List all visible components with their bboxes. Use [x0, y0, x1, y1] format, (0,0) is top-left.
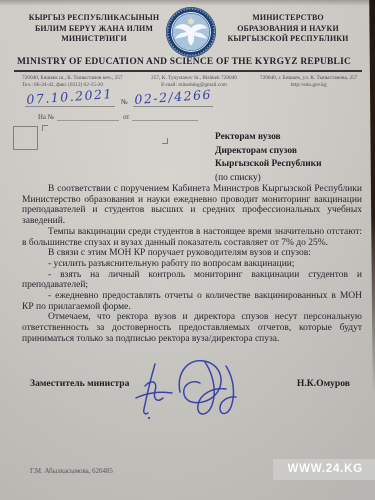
letter-body: В соответствии с поручением Кабинета Мин…: [22, 184, 362, 345]
signer-name: Н.К.Омуров: [297, 378, 350, 389]
letterhead-rule: [14, 70, 362, 72]
letterhead-russian-line: МИНИСТЕРСТВО: [212, 13, 364, 24]
reply-from-label: от: [123, 114, 129, 121]
contact-line: 720040, Бишкек ш., К. Тыныстанов көч., 2…: [22, 75, 137, 82]
registration-line: 07.10.2021 № 02-2/4266: [25, 90, 213, 107]
letterhead-kyrgyz: КЫРГЫЗ РЕСПУБЛИКАСЫНЫН БИЛИМ БЕРҮҮ ЖАНА …: [20, 13, 168, 45]
handwritten-signature-ink-icon: [128, 346, 278, 428]
document-photo: КЫРГЫЗ РЕСПУБЛИКАСЫНЫН БИЛИМ БЕРҮҮ ЖАНА …: [0, 0, 375, 500]
contact-line: 720040, г. Бишкек, ул. К. Тыныстанова, 2…: [251, 75, 366, 82]
executor-reference: Г.М. Абылкасымова, 620485: [30, 468, 113, 475]
handwritten-date: 07.10.2021: [26, 86, 113, 107]
letterhead-russian-line: КЫРГЫЗСКОЙ РЕСПУБЛИКИ: [212, 34, 364, 45]
letterhead-russian: МИНИСТЕРСТВО ОБРАЗОВАНИЯ И НАУКИ КЫРГЫЗС…: [212, 13, 364, 45]
contacts-russian: 720040, г. Бишкек, ул. К. Тыныстанова, 2…: [251, 75, 366, 88]
contacts-kyrgyz: 720040, Бишкек ш., К. Тыныстанов көч., 2…: [14, 75, 137, 88]
reply-number-underline: [57, 112, 119, 121]
letterhead-english-title: MINISTRY OF EDUCATION AND SCIENCE OF THE…: [0, 57, 368, 67]
date-underline: 07.10.2021: [25, 90, 115, 107]
paragraph: В соответствии с поручением Кабинета Мин…: [22, 184, 362, 227]
paragraph: Темпы вакцинации среди студентов в насто…: [22, 227, 362, 248]
handwritten-number: 02-2/4266: [134, 87, 212, 107]
signer-position: Заместитель министра: [30, 378, 129, 389]
corner-mark-bottom-right: [162, 138, 168, 144]
paragraph: В связи с этим МОН КР поручает руководит…: [22, 248, 362, 259]
addressee-line: Кыргызской Республики: [215, 158, 321, 172]
paragraph: - усилить разъяснительную работу по вопр…: [22, 259, 362, 270]
stamp-placeholder-box: [13, 126, 38, 150]
reply-reference-line: На № от: [38, 112, 198, 121]
contacts-block: 720040, Бишкек ш., К. Тыныстанов көч., 2…: [14, 75, 366, 88]
contact-line: Тел.: 66-24-42, факс (0312) 62-15-20: [22, 82, 137, 89]
addressee-line: Директорам спузов: [215, 145, 321, 159]
paragraph: - ежедневно предоставлять отчеты о колич…: [22, 291, 362, 312]
kyrgyz-state-emblem-icon: [165, 6, 217, 58]
number-underline: 02-2/4266: [133, 90, 213, 107]
reply-date-underline: [132, 112, 198, 121]
contact-line: http://edu.gov.kg: [251, 82, 366, 89]
photo-table-edge: [367, 0, 375, 395]
addressee-block: Ректорам вузов Директорам спузов Кыргызс…: [215, 131, 321, 185]
letterhead-kyrgyz-line: БИЛИМ БЕРҮҮ ЖАНА ИЛИМ: [20, 24, 168, 35]
paragraph: - взять на личный контроль мониторинг ва…: [22, 270, 362, 291]
paragraph: Отмечаем, что ректора вузов и директора …: [22, 312, 362, 344]
letterhead-kyrgyz-line: МИНИСТРЛИГИ: [20, 34, 168, 45]
corner-mark-top-left: [42, 125, 48, 131]
reply-label: На №: [38, 114, 54, 121]
contact-line: 257, K. Tynystanov St., Bishkek 720040: [137, 75, 252, 82]
news-site-watermark: WWW.24.KG: [273, 459, 375, 480]
letterhead-kyrgyz-line: КЫРГЫЗ РЕСПУБЛИКАСЫНЫН: [20, 13, 168, 24]
number-sign: №: [121, 98, 128, 106]
addressee-line: Ректорам вузов: [215, 131, 321, 145]
letterhead-russian-line: ОБРАЗОВАНИЯ И НАУКИ: [212, 24, 364, 35]
contacts-english: 257, K. Tynystanov St., Bishkek 720040 E…: [137, 75, 252, 88]
